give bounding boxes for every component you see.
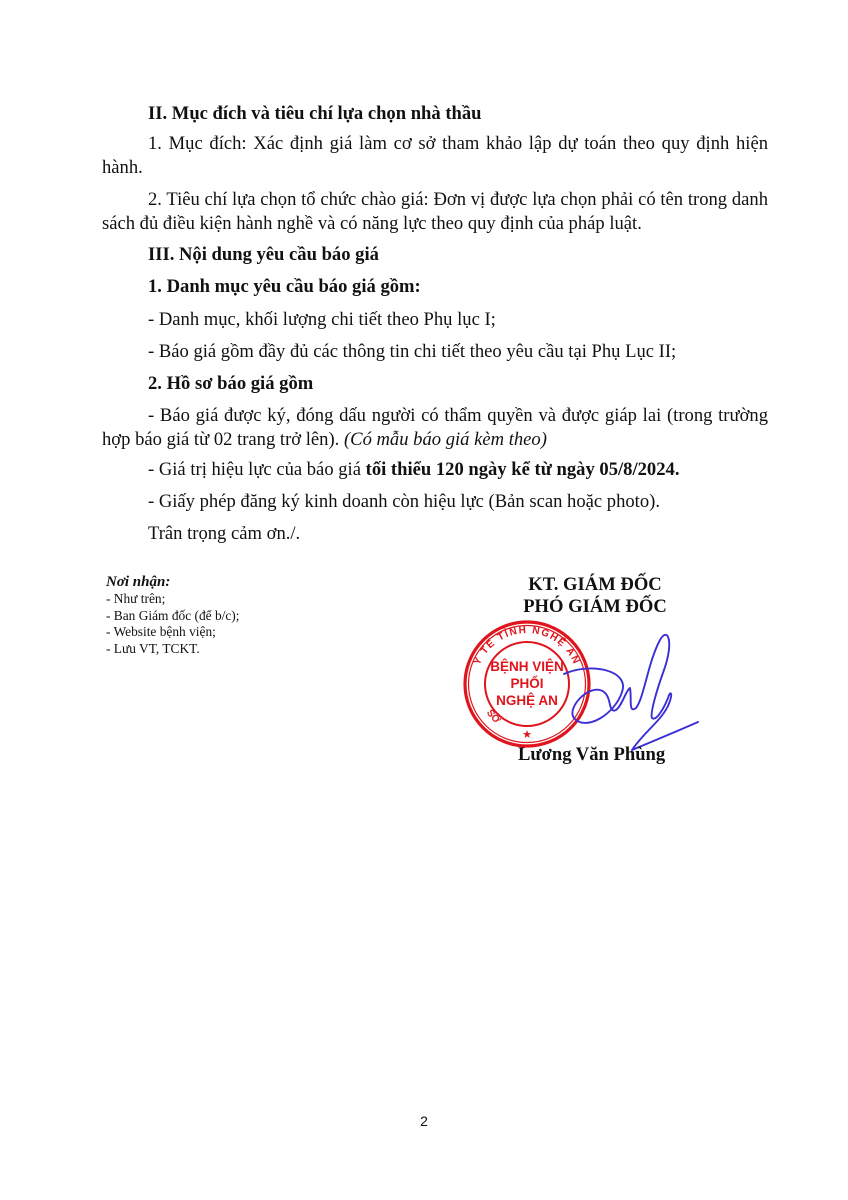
section-2-item-2: 2. Tiêu chí lựa chọn tổ chức chào giá: Đ…	[102, 188, 768, 236]
recipient-item: - Lưu VT, TCKT.	[106, 641, 240, 658]
document-page: II. Mục đích và tiêu chí lựa chọn nhà th…	[0, 0, 848, 1200]
svg-text:★: ★	[522, 729, 532, 741]
sub-2-item-1-note: (Có mẫu báo giá kèm theo)	[344, 429, 547, 450]
section-3-sub-2-heading: 2. Hồ sơ báo giá gồm	[148, 373, 313, 395]
stamp-outer-bottom: SỞ	[484, 708, 504, 727]
signature-title-line-1: KT. GIÁM ĐỐC	[500, 574, 690, 596]
handwritten-signature-icon	[560, 622, 700, 752]
sub-2-item-2-emphasis: tối thiểu 120 ngày kể từ ngày 05/8/2024.	[366, 459, 680, 480]
recipient-item: - Website bệnh viện;	[106, 624, 240, 641]
sub-2-item-2-text: - Giá trị hiệu lực của báo giá	[148, 459, 366, 480]
recipient-item: - Ban Giám đốc (để b/c);	[106, 608, 240, 625]
svg-text:SỞ: SỞ	[484, 708, 504, 727]
section-2-heading: II. Mục đích và tiêu chí lựa chọn nhà th…	[148, 103, 482, 125]
section-3-sub-2-item-3: - Giấy phép đăng ký kinh doanh còn hiệu …	[148, 491, 660, 513]
recipients-block: Nơi nhận: - Như trên; - Ban Giám đốc (để…	[106, 574, 240, 657]
section-3-sub-2-item-2: - Giá trị hiệu lực của báo giá tối thiểu…	[148, 459, 679, 481]
stamp-inner-line-1: BỆNH VIỆN	[490, 659, 564, 674]
section-3-sub-1-heading: 1. Danh mục yêu cầu báo giá gồm:	[148, 276, 421, 298]
recipient-item: - Như trên;	[106, 591, 240, 608]
closing-line: Trân trọng cảm ơn./.	[148, 523, 300, 545]
page-number: 2	[0, 1113, 848, 1129]
stamp-inner-line-2: PHỔI	[510, 676, 543, 691]
section-3-sub-2-item-1: - Báo giá được ký, đóng dấu người có thẩ…	[102, 404, 768, 452]
stamp-inner-line-3: NGHỆ AN	[496, 693, 558, 708]
section-3-heading: III. Nội dung yêu cầu báo giá	[148, 244, 379, 266]
section-3-sub-1-item: - Báo giá gồm đầy đủ các thông tin chi t…	[148, 341, 676, 363]
recipients-title: Nơi nhận:	[106, 574, 240, 591]
section-3-sub-1-item: - Danh mục, khối lượng chi tiết theo Phụ…	[148, 309, 496, 331]
signer-name: Lương Văn Phùng	[518, 744, 665, 766]
section-2-item-1: 1. Mục đích: Xác định giá làm cơ sở tham…	[102, 132, 768, 180]
